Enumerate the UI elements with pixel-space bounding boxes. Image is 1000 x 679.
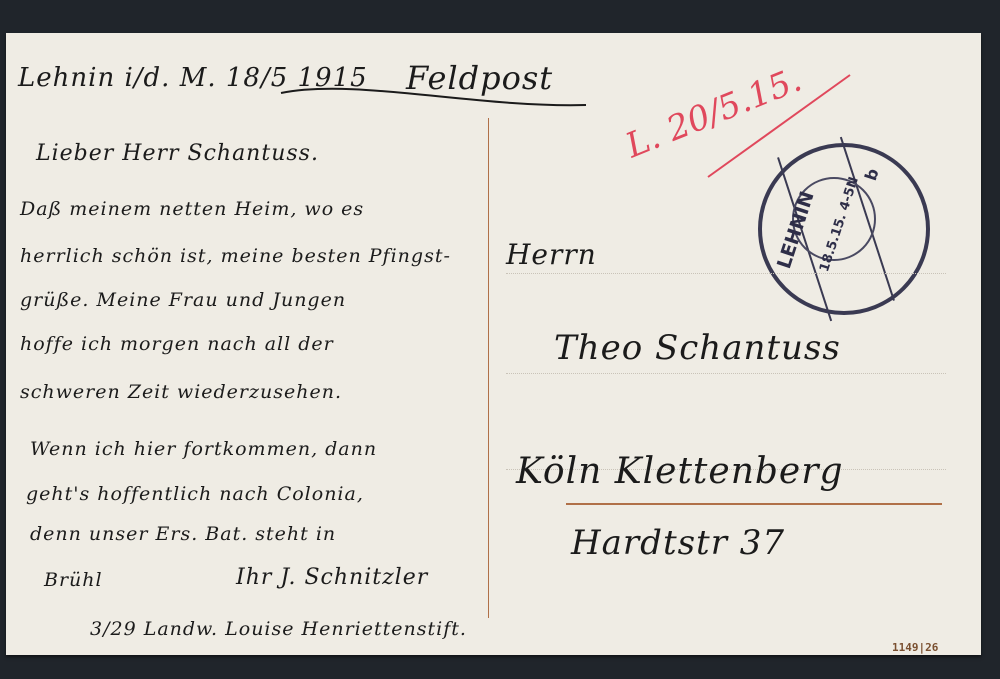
center-divider bbox=[488, 118, 489, 618]
feldpost-underline bbox=[276, 73, 596, 113]
message-line: Daß meinem netten Heim, wo es bbox=[20, 198, 364, 220]
message-line: herrlich schön ist, meine besten Pfingst… bbox=[20, 245, 451, 267]
message-line: Wenn ich hier fortkommen, dann bbox=[30, 438, 377, 460]
address-salutation: Herrn bbox=[506, 238, 597, 271]
message-line: Lieber Herr Schantuss. bbox=[36, 141, 319, 166]
address-line-4 bbox=[566, 503, 942, 505]
address-line-2 bbox=[506, 373, 946, 374]
address-city: Köln Klettenberg bbox=[516, 451, 843, 492]
message-line: schweren Zeit wiederzusehen. bbox=[20, 381, 342, 403]
signature: Ihr J. Schnitzler bbox=[236, 565, 428, 590]
catalog-number: 1149|26 bbox=[892, 641, 938, 654]
postmark: LEHNIN 18.5.15. 4-5N b bbox=[758, 143, 930, 315]
address-line-1 bbox=[506, 273, 946, 274]
message-line: geht's hoffentlich nach Colonia, bbox=[26, 483, 364, 505]
message-line: Brühl bbox=[44, 569, 103, 591]
message-line: grüße. Meine Frau und Jungen bbox=[20, 289, 346, 311]
postcard: Lehnin i/d. M. 18/5 1915 Feldpost Lieber… bbox=[6, 33, 981, 655]
message-line: denn unser Ers. Bat. steht in bbox=[30, 523, 336, 545]
postmark-letter: b bbox=[861, 166, 883, 183]
address-name: Theo Schantuss bbox=[554, 328, 841, 368]
address-street: Hardtstr 37 bbox=[571, 523, 785, 563]
sender-address: 3/29 Landw. Louise Henriettenstift. bbox=[90, 618, 467, 640]
message-line: hoffe ich morgen nach all der bbox=[20, 333, 334, 355]
